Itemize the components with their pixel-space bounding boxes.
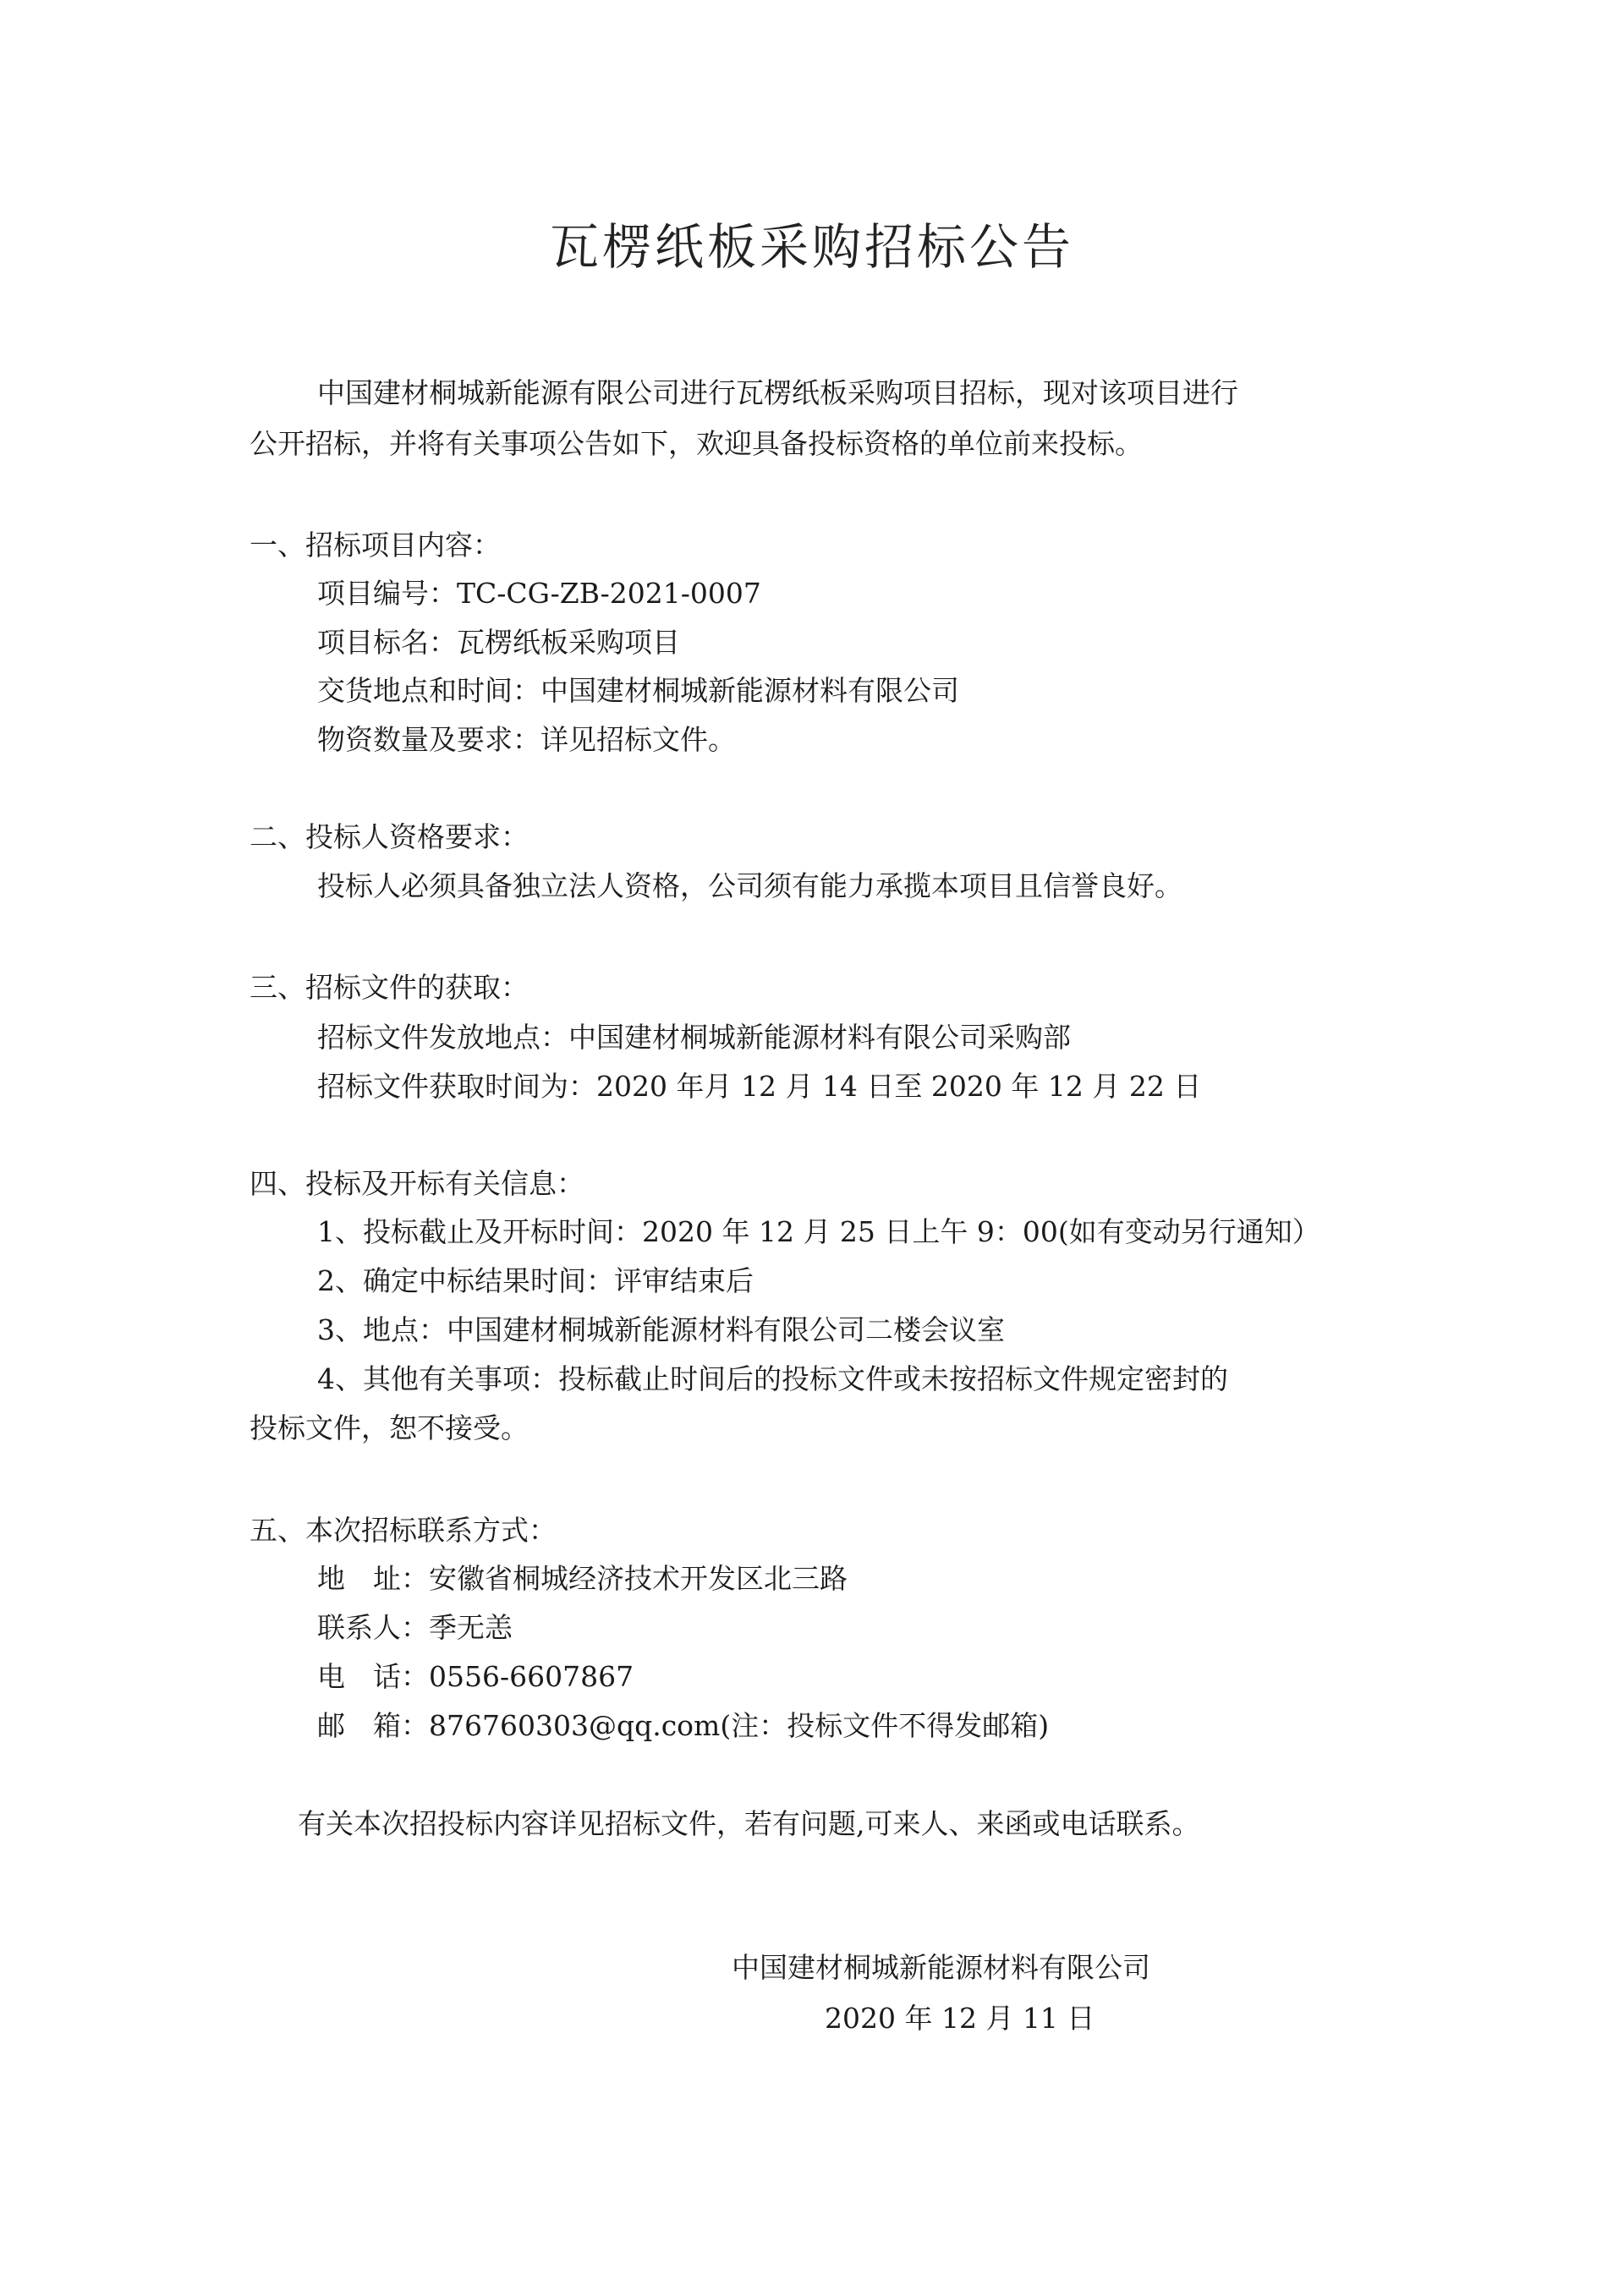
signature-company: 中国建材桐城新能源材料有限公司	[732, 1951, 1150, 1985]
contact-phone: 电 话：0556-6607867	[317, 1660, 634, 1694]
document-location: 招标文件发放地点：中国建材桐城新能源材料有限公司采购部	[317, 1021, 1071, 1055]
section-heading: 三、招标文件的获取：	[250, 971, 529, 1005]
other-matters: 4、其他有关事项：投标截止时间后的投标文件或未按招标文件规定密封的	[317, 1362, 1228, 1396]
section-heading: 二、投标人资格要求：	[250, 820, 529, 854]
intro-line-1: 中国建材桐城新能源有限公司进行瓦楞纸板采购项目招标，现对该项目进行	[317, 376, 1238, 410]
delivery-location: 交货地点和时间：中国建材桐城新能源材料有限公司	[317, 674, 959, 708]
document-period: 招标文件获取时间为：2020 年月 12 月 14 日至 2020 年 12 月…	[317, 1070, 1201, 1104]
opening-location: 3、地点：中国建材桐城新能源材料有限公司二楼会议室	[317, 1313, 1005, 1347]
project-number: 项目编号：TC-CG-ZB-2021-0007	[317, 577, 761, 611]
contact-email: 邮 箱：876760303@qq.com(注：投标文件不得发邮箱)	[317, 1709, 1049, 1743]
other-matters-continuation: 投标文件，恕不接受。	[250, 1411, 529, 1445]
material-requirements: 物资数量及要求：详见招标文件。	[317, 723, 736, 757]
section-heading: 一、招标项目内容：	[250, 529, 501, 562]
qualification-text: 投标人必须具备独立法人资格，公司须有能力承揽本项目且信誉良好。	[317, 869, 1182, 903]
project-name: 项目标名：瓦楞纸板采购项目	[317, 626, 680, 660]
signature-date: 2020 年 12 月 11 日	[825, 2002, 1095, 2036]
intro-line-2: 公开招标，并将有关事项公告如下，欢迎具备投标资格的单位前来投标。	[250, 427, 1143, 461]
page-title: 瓦楞纸板采购招标公告	[0, 207, 1624, 278]
award-time: 2、确定中标结果时间：评审结束后	[317, 1264, 754, 1298]
contact-address: 地 址：安徽省桐城经济技术开发区北三路	[317, 1562, 848, 1596]
contact-person: 联系人：季无恙	[317, 1611, 513, 1645]
section-heading: 四、投标及开标有关信息：	[250, 1167, 584, 1201]
closing-note: 有关本次招投标内容详见招标文件，若有问题,可来人、来函或电话联系。	[298, 1807, 1200, 1841]
bid-deadline: 1、投标截止及开标时间：2020 年 12 月 25 日上午 9：00(如有变动…	[317, 1215, 1320, 1249]
section-heading: 五、本次招标联系方式：	[250, 1514, 557, 1548]
